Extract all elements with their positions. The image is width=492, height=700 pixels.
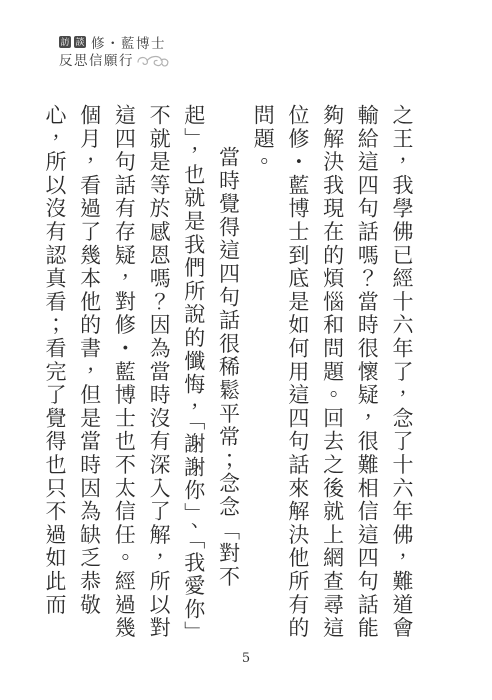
page-number: 5 — [242, 651, 250, 666]
section-title: 反思信願行 — [59, 49, 134, 69]
interview-badge-char-2: 談 — [74, 36, 86, 48]
body-text: 之王，我學佛已經十六年了，念了十六年佛，難道會輸給這四句話嗎？當時很懷疑，很難相… — [37, 104, 419, 641]
header-line-1: 訪 談 修・藍博士 — [59, 34, 172, 50]
page-footer: 5 — [0, 647, 492, 666]
header-line-2: 反思信願行 — [59, 50, 172, 68]
running-header: 訪 談 修・藍博士 反思信願行 — [59, 34, 172, 68]
book-page: 訪 談 修・藍博士 反思信願行 之王，我學佛已經十六年了，念了十六年佛，難道會輸… — [0, 0, 492, 700]
paragraph: 當時覺得這四句話很稀鬆平常；念念「對不起」，也就是我們所說的懺悔，「謝謝你」、「… — [37, 104, 245, 641]
interview-badge-char-1: 訪 — [59, 36, 71, 48]
paragraph: 之王，我學佛已經十六年了，念了十六年佛，難道會輸給這四句話嗎？當時很懷疑，很難相… — [245, 104, 419, 641]
cloud-scroll-icon — [136, 53, 172, 69]
